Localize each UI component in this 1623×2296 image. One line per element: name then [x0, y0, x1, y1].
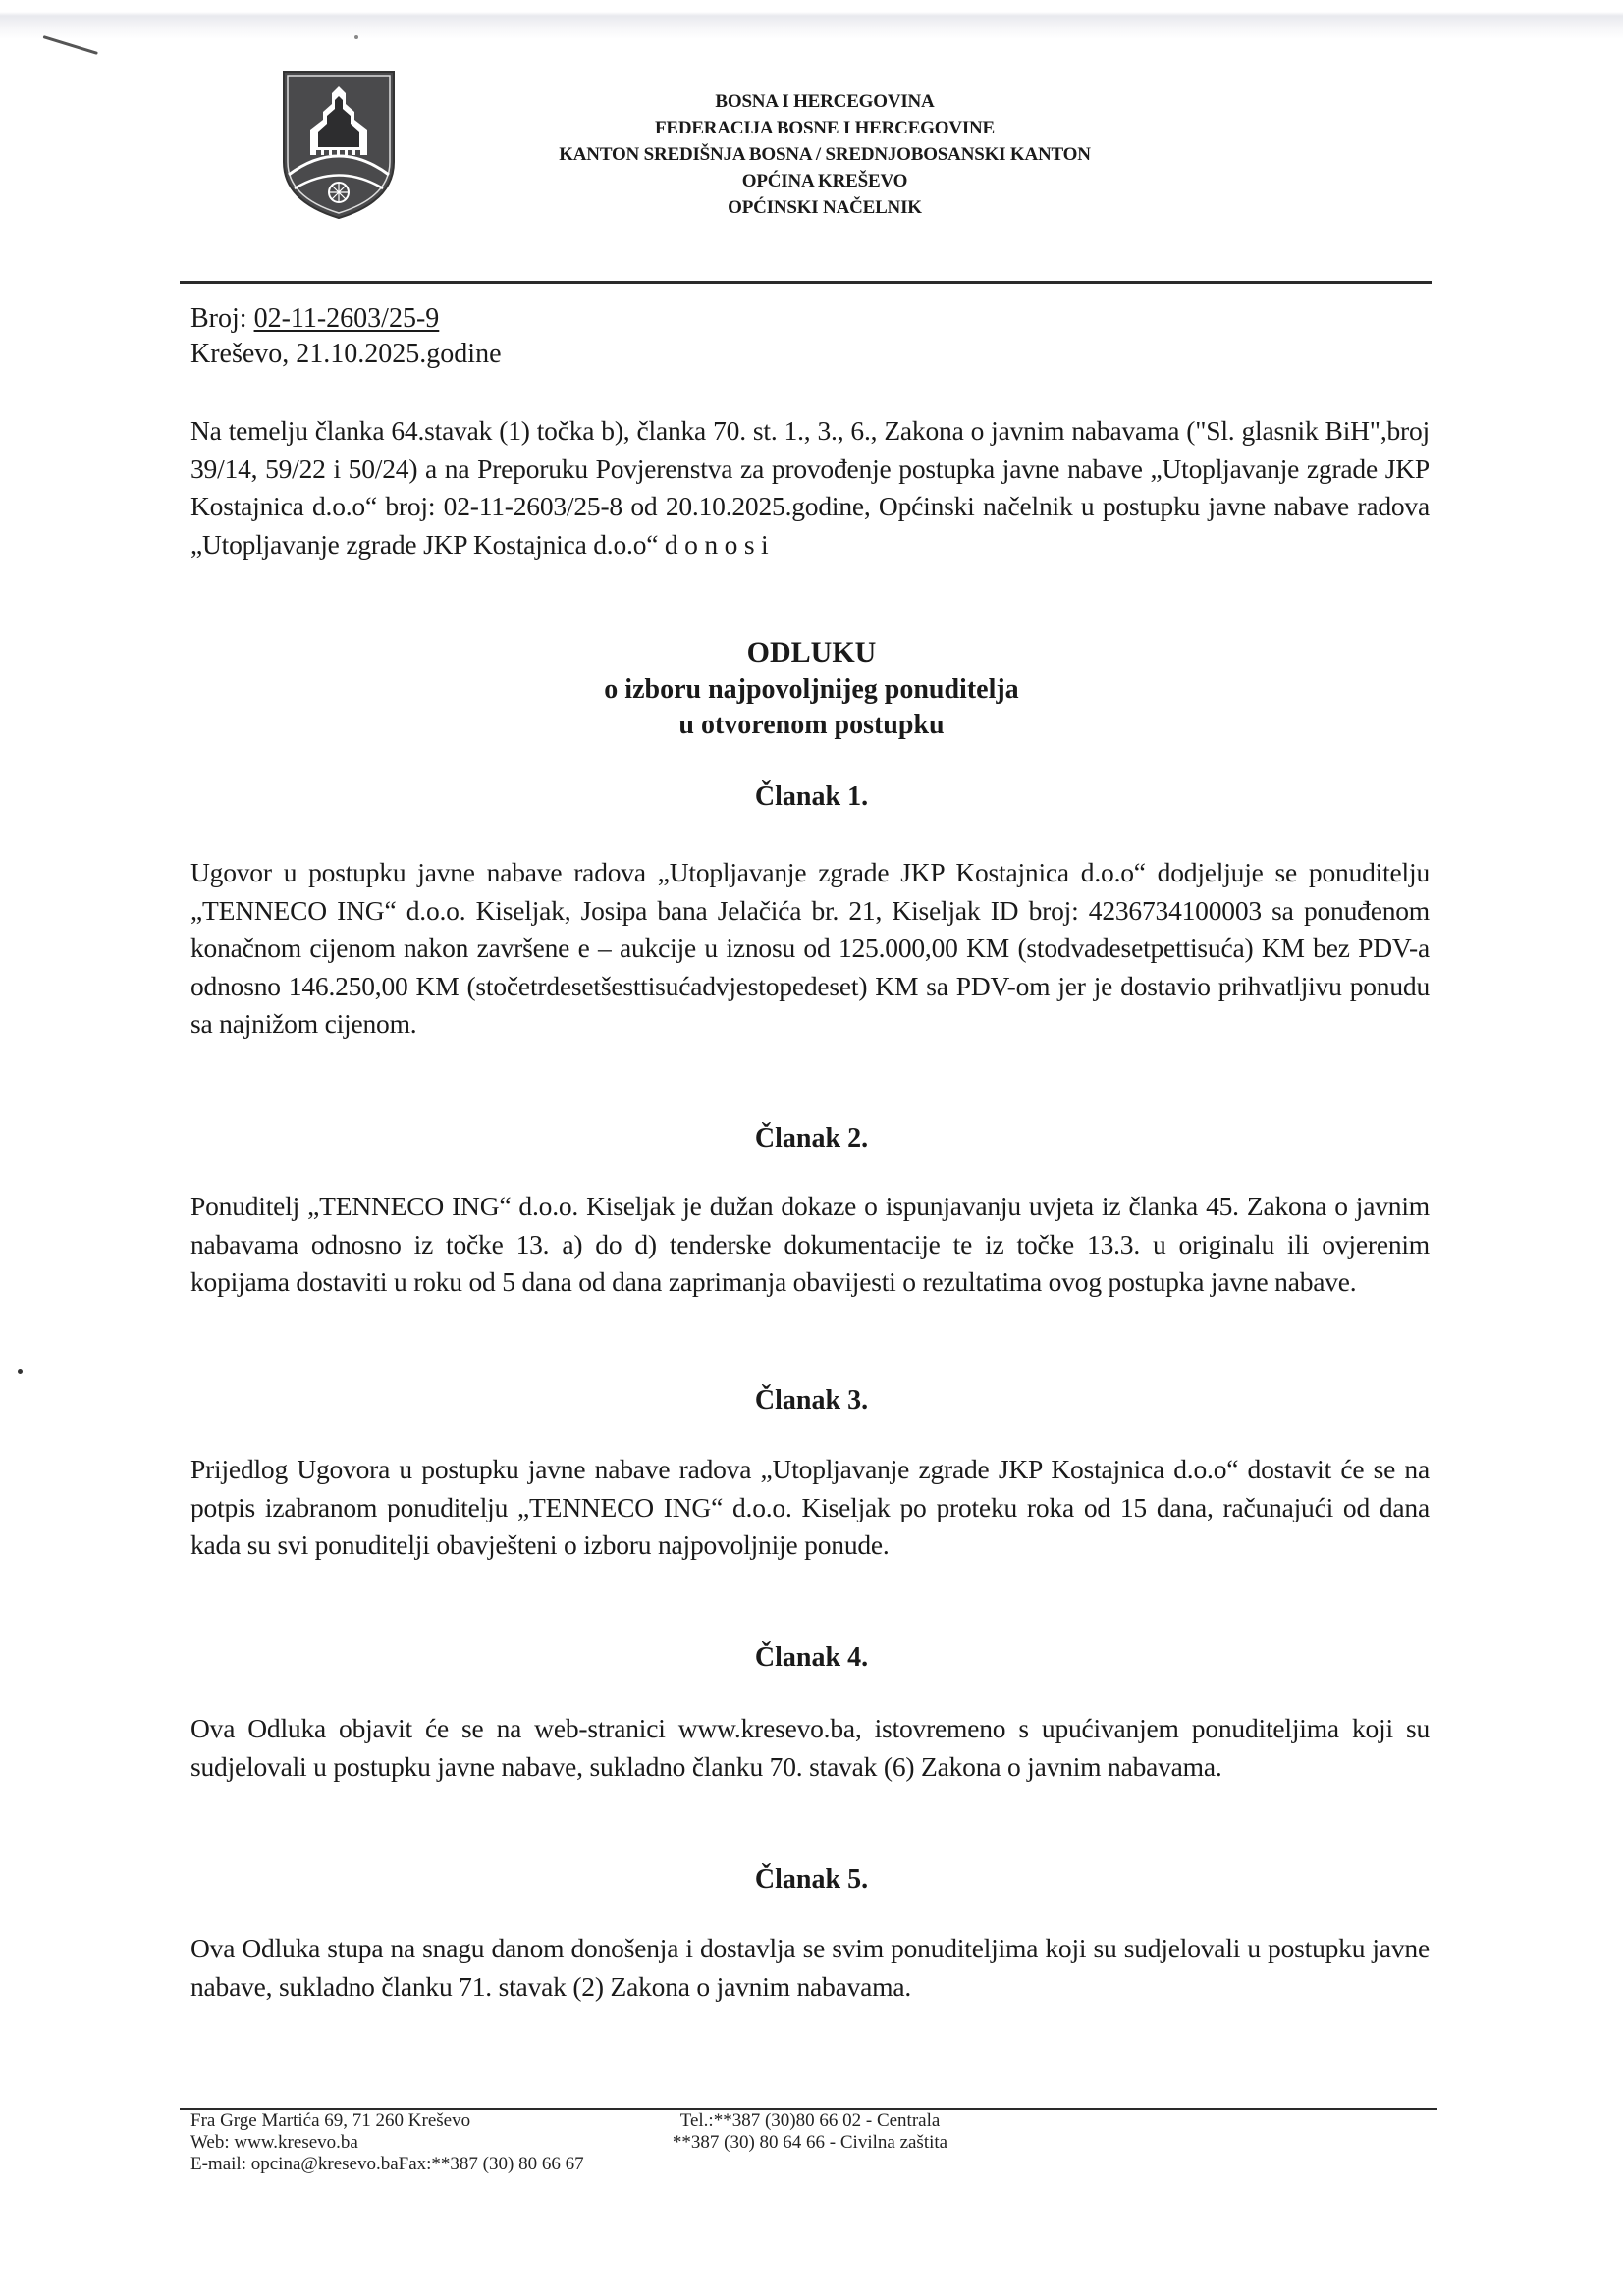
decision-subtitle-1: o izboru najpovoljnijeg ponuditelja [0, 672, 1623, 708]
article-4-heading: Članak 4. [0, 1641, 1623, 1675]
header-divider [180, 281, 1432, 284]
scan-edge-shadow [0, 0, 1623, 39]
place-date: Kreševo, 21.10.2025.godine [190, 337, 502, 372]
letterhead-federation: FEDERACIJA BOSNE I HERCEGOVINE [550, 115, 1100, 141]
scan-speck [18, 1369, 23, 1374]
article-5-heading: Članak 5. [0, 1863, 1623, 1896]
letterhead-office: OPĆINSKI NAČELNIK [550, 194, 1100, 221]
footer-web: Web: www.kresevo.ba [190, 2132, 584, 2154]
footer-left: Fra Grge Martića 69, 71 260 Kreševo Web:… [190, 2110, 584, 2175]
reference-number-label: Broj: [190, 303, 254, 334]
article-4-text: Ova Odluka objavit će se na web-stranici… [190, 1710, 1430, 1786]
letterhead-country: BOSNA I HERCEGOVINA [550, 88, 1100, 115]
reference-number: 02-11-2603/25-9 [254, 303, 440, 334]
article-2-heading: Članak 2. [0, 1122, 1623, 1155]
letterhead: BOSNA I HERCEGOVINA FEDERACIJA BOSNE I H… [550, 88, 1100, 221]
decision-subtitle-2: u otvorenom postupku [0, 708, 1623, 743]
footer-tel-civil-protection: **387 (30) 80 64 66 - Civilna zaštita [648, 2132, 972, 2154]
letterhead-canton: KANTON SREDIŠNJA BOSNA / SREDNJOBOSANSKI… [550, 141, 1100, 168]
letterhead-municipality: OPĆINA KREŠEVO [550, 168, 1100, 194]
preamble-paragraph: Na temelju članka 64.stavak (1) točka b)… [190, 412, 1430, 563]
footer-email-fax: E-mail: opcina@kresevo.baFax:**387 (30) … [190, 2154, 584, 2175]
article-3-text: Prijedlog Ugovora u postupku javne nabav… [190, 1451, 1430, 1565]
footer-tel-central: Tel.:**387 (30)80 66 02 - Centrala [648, 2110, 972, 2132]
scan-speck [354, 35, 358, 39]
footer-right: Tel.:**387 (30)80 66 02 - Centrala **387… [648, 2110, 972, 2154]
decision-title: ODLUKU [0, 635, 1623, 670]
article-3-heading: Članak 3. [0, 1384, 1623, 1417]
article-1-text: Ugovor u postupku javne nabave radova „U… [190, 854, 1430, 1043]
document-reference: Broj: 02-11-2603/25-9 Kreševo, 21.10.202… [190, 301, 502, 372]
footer-address: Fra Grge Martića 69, 71 260 Kreševo [190, 2110, 584, 2132]
article-5-text: Ova Odluka stupa na snagu danom donošenj… [190, 1930, 1430, 2005]
article-1-heading: Članak 1. [0, 780, 1623, 814]
article-2-text: Ponuditelj „TENNECO ING“ d.o.o. Kiseljak… [190, 1188, 1430, 1302]
municipality-coat-of-arms-icon [281, 69, 397, 221]
